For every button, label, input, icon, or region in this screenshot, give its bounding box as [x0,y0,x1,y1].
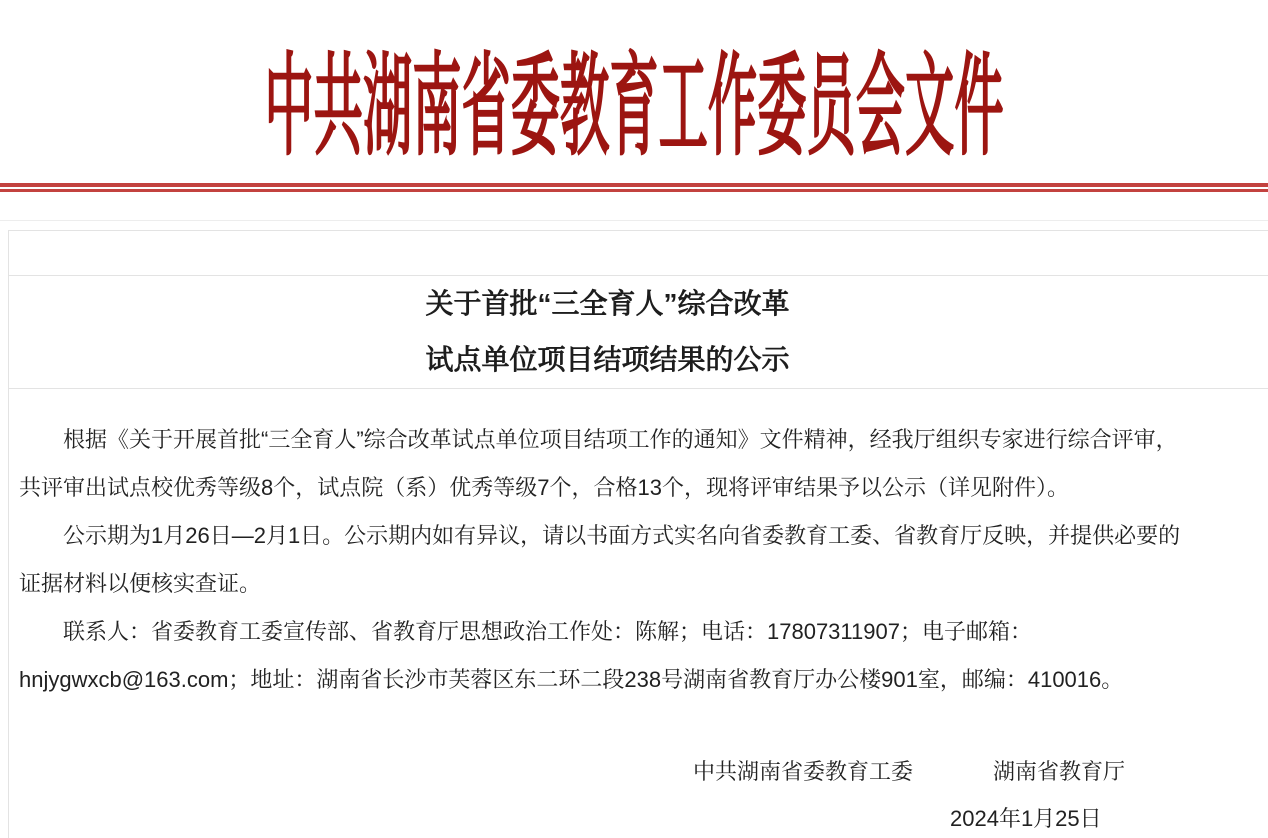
empty-header-row [9,231,1268,276]
paragraph-3: 联系人：省委教育工委宣传部、省教育厅思想政治工作处：陈解；电话：17807311… [19,608,1147,704]
paragraph-2: 公示期为1月26日—2月1日。公示期内如有异议，请以书面方式实名向省委教育工委、… [19,512,1147,608]
body-line: 公示期为1月26日—2月1日。公示期内如有异议，请以书面方式实名向省委教育工委、… [19,512,1147,560]
notice-title: 关于首批“三全育人”综合改革 试点单位项目结项结果的公示 [9,276,1268,389]
body-line: 根据《关于开展首批“三全育人”综合改革试点单位项目结项工作的通知》文件精神，经我… [19,416,1147,464]
paragraph-1: 根据《关于开展首批“三全育人”综合改革试点单位项目结项工作的通知》文件精神，经我… [19,416,1147,512]
signature-org-1: 中共湖南省委教育工委 [693,748,913,796]
document-banner: 中共湖南省委教育工作委员会文件 [0,42,1268,174]
body-line: 证据材料以便核实查证。 [19,560,1147,608]
body-line: 联系人：省委教育工委宣传部、省教育厅思想政治工作处：陈解；电话：17807311… [19,608,1147,656]
red-separator-rule [0,183,1268,192]
outer-border-line [0,220,1268,221]
body-line: 共评审出试点校优秀等级8个，试点院（系）优秀等级7个，合格13个，现将评审结果予… [19,464,1147,512]
body-line: hnjygwxcb@163.com；地址：湖南省长沙市芙蓉区东二环二段238号湖… [19,656,1147,704]
signature-date: 2024年1月25日 [950,795,1102,838]
notice-body: 根据《关于开展首批“三全育人”综合改革试点单位项目结项工作的通知》文件精神，经我… [19,416,1147,704]
document-frame: 关于首批“三全育人”综合改革 试点单位项目结项结果的公示 根据《关于开展首批“三… [8,230,1268,838]
banner-title: 中共湖南省委教育工作委员会文件 [264,52,1003,163]
notice-title-line-2: 试点单位项目结项结果的公示 [9,332,1206,388]
signature-org-2: 湖南省教育厅 [993,748,1125,796]
notice-title-line-1: 关于首批“三全育人”综合改革 [9,276,1206,332]
